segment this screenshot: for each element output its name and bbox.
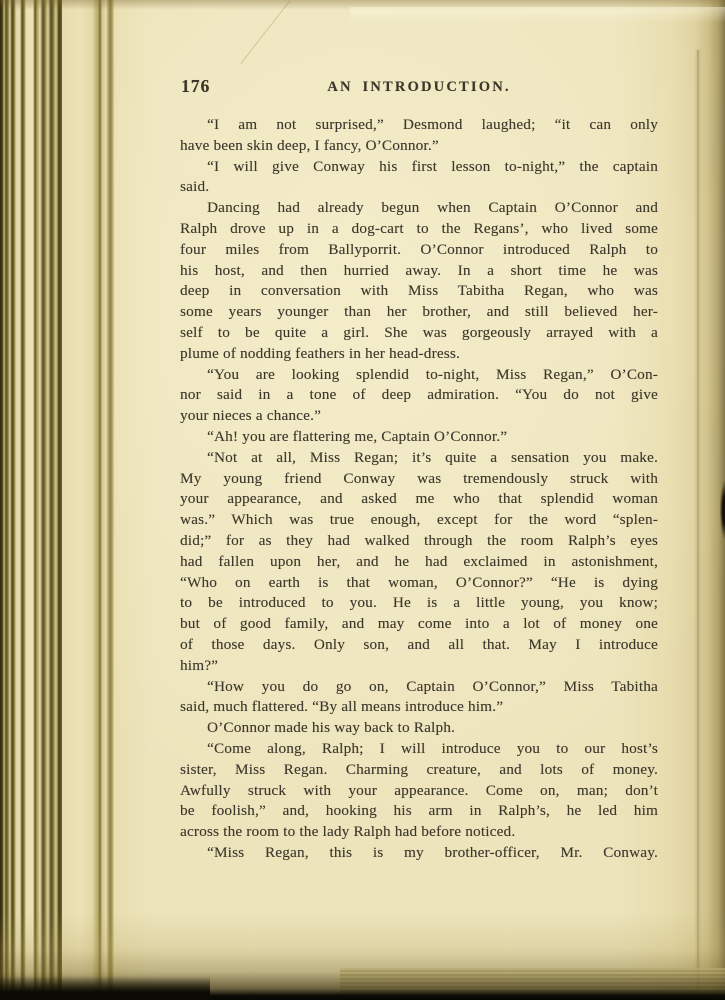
text-line: “Not at all, Miss Regan; it’s quite a se…: [180, 448, 658, 469]
text-line: “You are looking splendid to-night, Miss…: [180, 365, 658, 386]
text-line: deep in conversation with Miss Tabitha R…: [180, 281, 658, 302]
page-header: 176 AN INTRODUCTION.: [180, 76, 658, 100]
text-line: four miles from Ballyporrit. O’Connor in…: [180, 240, 658, 261]
text-line: but of good family, and may come into a …: [180, 614, 658, 635]
text-line: across the room to the lady Ralph had be…: [180, 822, 658, 843]
text-line: him?”: [180, 656, 658, 677]
bottom-left-corner-shadow: [0, 972, 210, 1000]
paragraph: “Come along, Ralph; I will introduce you…: [180, 739, 658, 843]
book-page: 176 AN INTRODUCTION. “I am not surprised…: [115, 0, 725, 1000]
page-text: “I am not surprised,” Desmond laughed; “…: [180, 115, 658, 864]
text-line: “Ah! you are flattering me, Captain O’Co…: [180, 427, 658, 448]
text-line: some years younger than her brother, and…: [180, 302, 658, 323]
text-line: said, much flattered. “By all means intr…: [180, 697, 658, 718]
text-line: have been skin deep, I fancy, O’Connor.”: [180, 136, 658, 157]
text-line: “Miss Regan, this is my brother-officer,…: [180, 843, 658, 864]
text-line: Dancing had already begun when Captain O…: [180, 198, 658, 219]
paragraph: “I am not surprised,” Desmond laughed; “…: [180, 115, 658, 157]
paragraph: O’Connor made his way back to Ralph.: [180, 718, 658, 739]
text-line: his host, and then hurried away. In a sh…: [180, 261, 658, 282]
text-line: to be introduced to you. He is a little …: [180, 593, 658, 614]
text-line: My young friend Conway was tremendously …: [180, 469, 658, 490]
text-line: “Who on earth is that woman, O’Connor?” …: [180, 573, 658, 594]
text-line: “I am not surprised,” Desmond laughed; “…: [180, 115, 658, 136]
left-page-edges: [0, 0, 62, 1000]
text-line: had fallen upon her, and he had exclaime…: [180, 552, 658, 573]
paragraph: “Ah! you are flattering me, Captain O’Co…: [180, 427, 658, 448]
left-page-edge-band: [62, 0, 115, 1000]
text-line: said.: [180, 177, 658, 198]
paragraph: Dancing had already begun when Captain O…: [180, 198, 658, 364]
text-line: nor said in a tone of deep admiration. “…: [180, 385, 658, 406]
text-line: O’Connor made his way back to Ralph.: [180, 718, 658, 739]
paragraph: “I will give Conway his first lesson to-…: [180, 157, 658, 199]
paragraph: “Not at all, Miss Regan; it’s quite a se…: [180, 448, 658, 677]
right-edge-shadow: [716, 470, 725, 550]
text-line: was.” Which was true enough, except for …: [180, 510, 658, 531]
text-line: Ralph drove up in a dog-cart to the Rega…: [180, 219, 658, 240]
text-line: “I will give Conway his first lesson to-…: [180, 157, 658, 178]
text-line: “Come along, Ralph; I will introduce you…: [180, 739, 658, 760]
running-header: AN INTRODUCTION.: [180, 79, 658, 96]
text-line: “How you do go on, Captain O’Connor,” Mi…: [180, 677, 658, 698]
text-line: sister, Miss Regan. Charming creature, a…: [180, 760, 658, 781]
text-line: be foolish,” and, hooking his arm in Ral…: [180, 801, 658, 822]
text-line: self to be quite a girl. She was gorgeou…: [180, 323, 658, 344]
paragraph: “You are looking splendid to-night, Miss…: [180, 365, 658, 427]
text-line: did;” for as they had walked through the…: [180, 531, 658, 552]
text-line: your appearance, and asked me who that s…: [180, 489, 658, 510]
text-line: your nieces a chance.”: [180, 406, 658, 427]
text-line: Awfully struck with your appearance. Com…: [180, 781, 658, 802]
text-line: plume of nodding feathers in her head-dr…: [180, 344, 658, 365]
text-line: of those days. Only son, and all that. M…: [180, 635, 658, 656]
book-scan: 176 AN INTRODUCTION. “I am not surprised…: [0, 0, 725, 1000]
paragraph: “How you do go on, Captain O’Connor,” Mi…: [180, 677, 658, 719]
scan-light-streak: [350, 7, 725, 23]
paragraph: “Miss Regan, this is my brother-officer,…: [180, 843, 658, 864]
